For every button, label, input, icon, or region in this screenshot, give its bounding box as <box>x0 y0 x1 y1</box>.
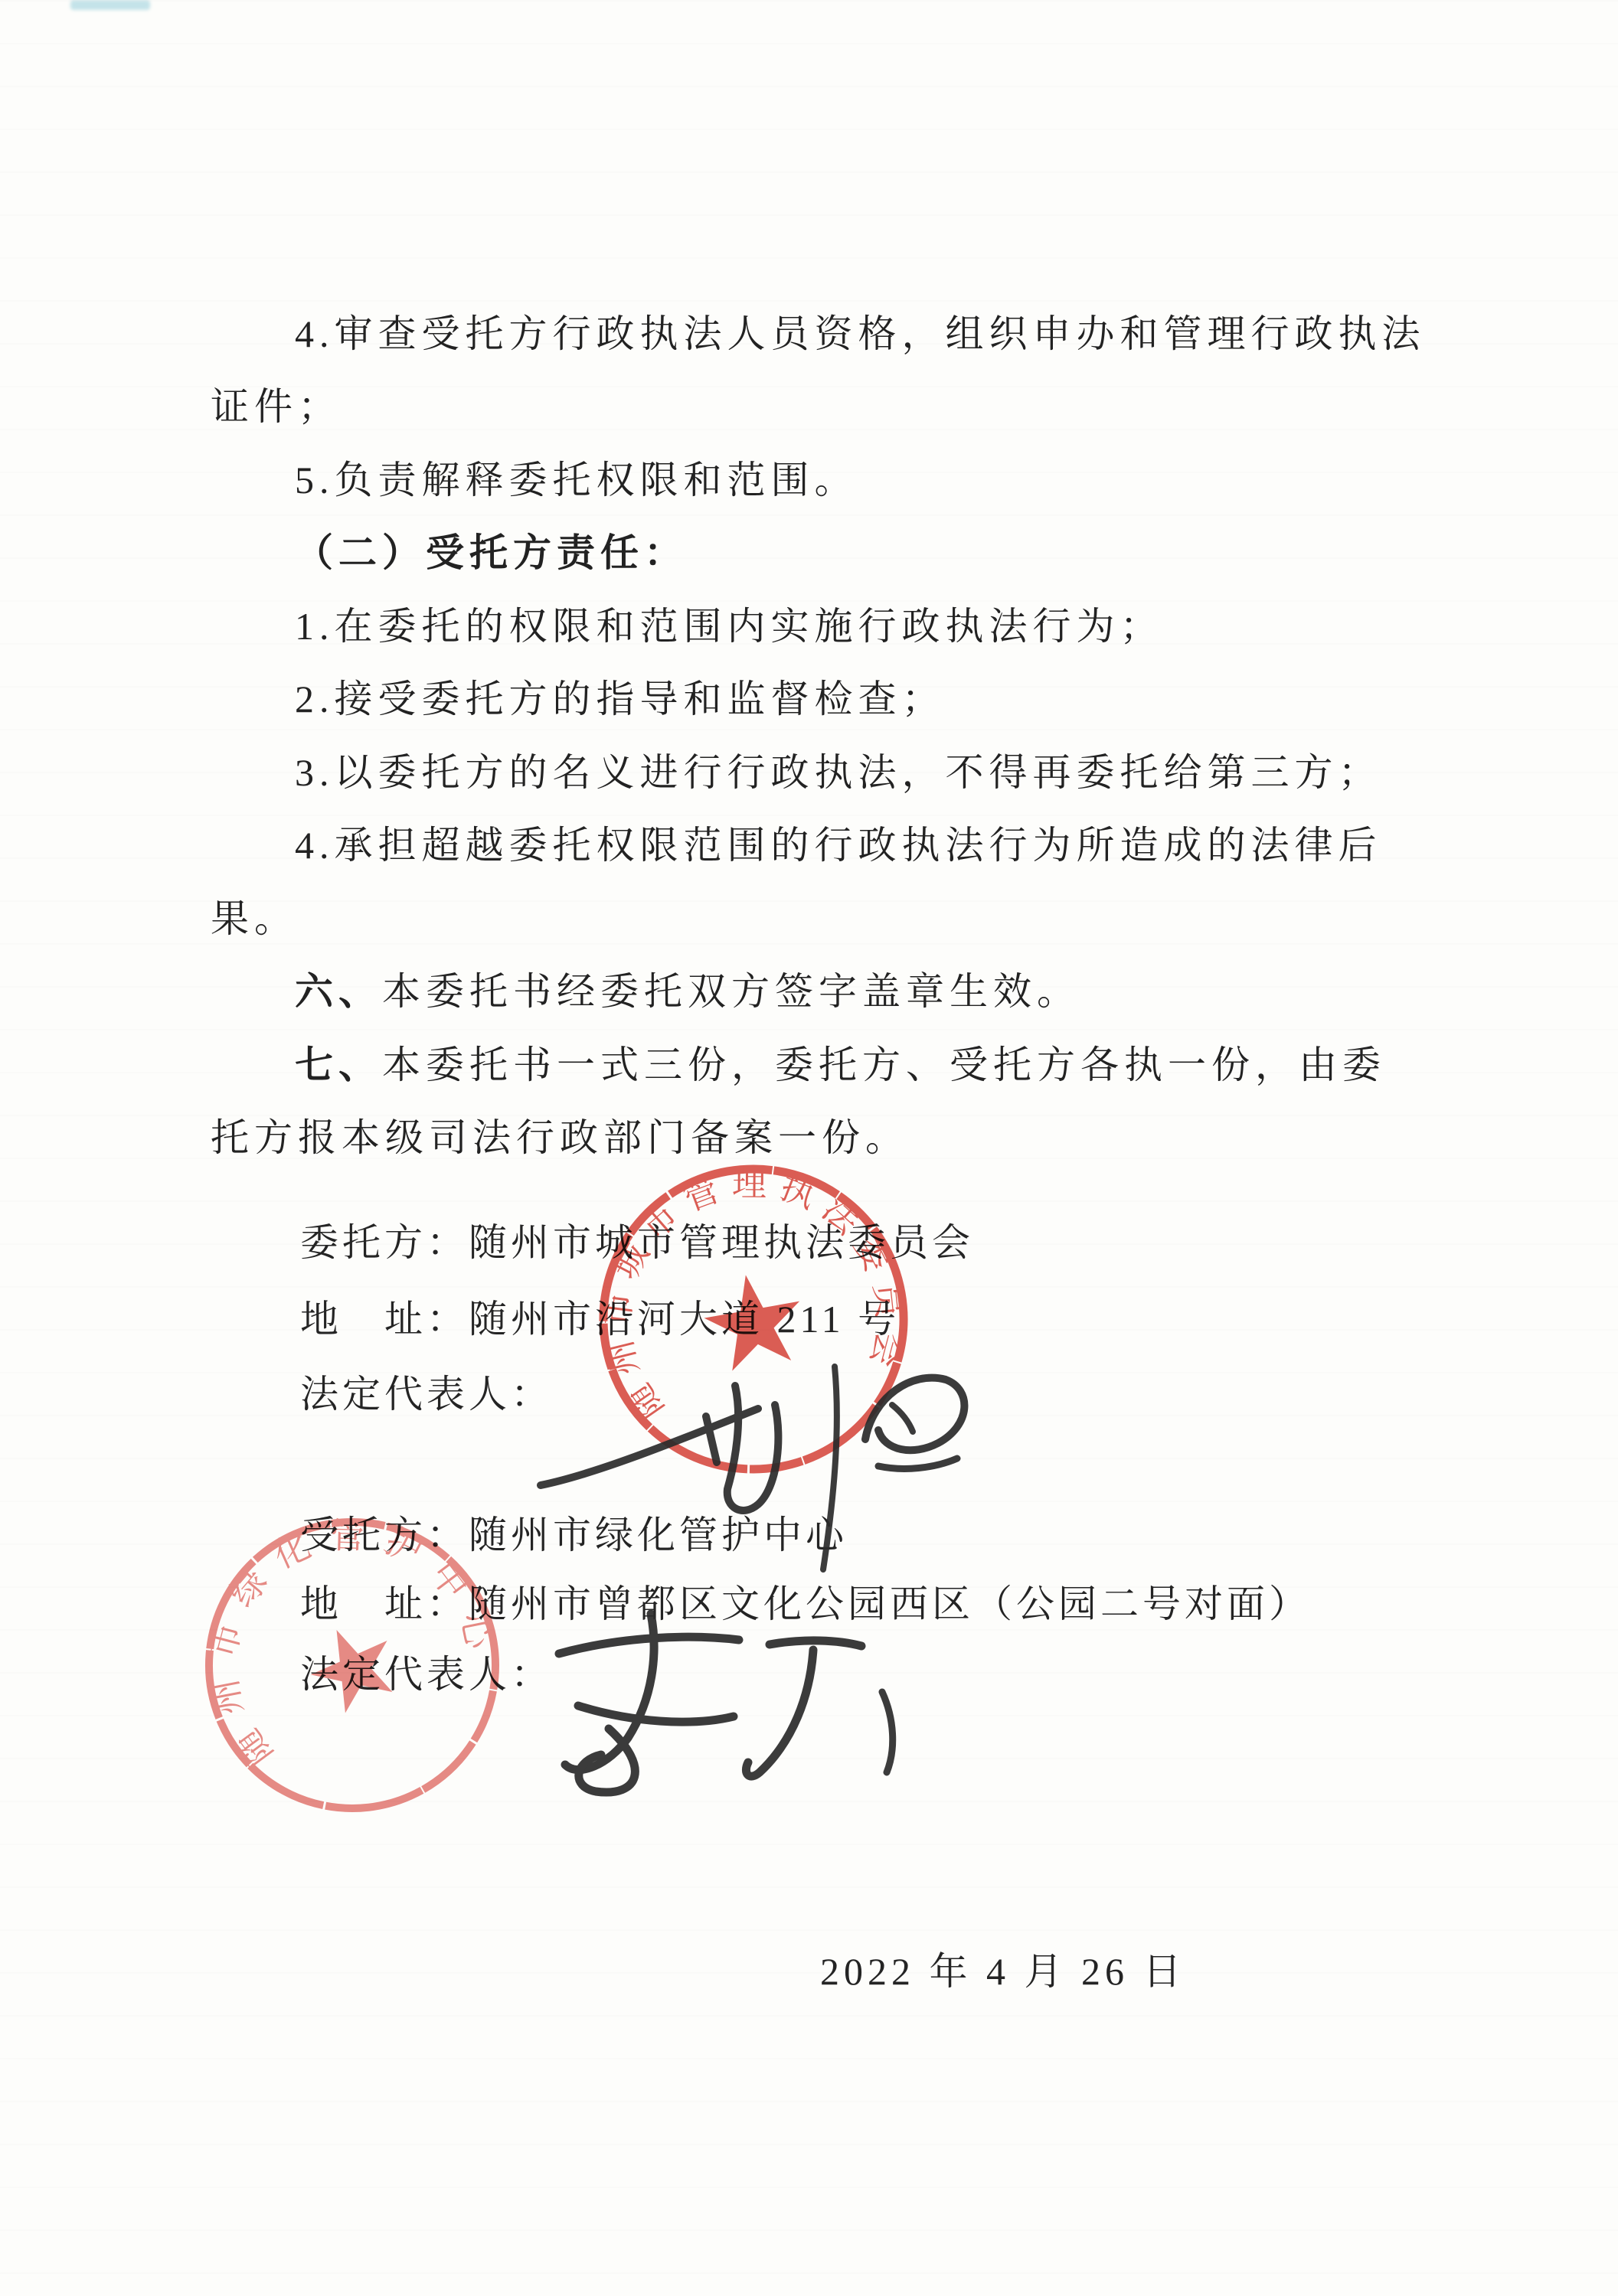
seal-rim-text: 随州市绿化管护中心 <box>199 1512 505 1778</box>
body-line: 证件； <box>211 383 342 430</box>
body-line: 托方报本级司法行政部门备案一份。 <box>211 1114 909 1161</box>
body-line: 果。 <box>211 895 298 942</box>
clause-text: 本委托书经委托双方签字盖章生效。 <box>382 970 1080 1013</box>
document-date: 2022 年 4 月 26 日 <box>820 1941 1186 1996</box>
clause-number: 七、 <box>295 1043 382 1086</box>
body-line-clause-six: 六、本委托书经委托双方签字盖章生效。 <box>295 968 1080 1015</box>
body-line-section-heading: （二）受托方责任： <box>295 529 688 576</box>
scan-artifact <box>70 0 150 10</box>
body-line: 5.负责解释委托权限和范围。 <box>295 456 858 504</box>
body-line: 3.以委托方的名义进行行政执法，不得再委托给第三方； <box>295 749 1382 796</box>
entrusted-party-seal-stamp: 随州市绿化管护中心 <box>199 1512 505 1818</box>
clause-text: 本委托书一式三份，委托方、受托方各执一份，由委 <box>382 1043 1386 1086</box>
clause-number: 六、 <box>295 970 382 1013</box>
entrusting-legal-rep-signature <box>505 1332 995 1585</box>
scanned-document-page: 4.审查受托方行政执法人员资格，组织申办和管理行政执法 证件； 5.负责解释委托… <box>0 0 1618 2296</box>
body-line: 2.接受委托方的指导和监督检查； <box>295 675 946 723</box>
body-line: 4.审查受托方行政执法人员资格，组织申办和管理行政执法 <box>295 310 1426 358</box>
body-line: 1.在委托的权限和范围内实施行政执法行为； <box>295 603 1164 650</box>
entrusted-legal-rep-signature <box>536 1608 934 1807</box>
body-line-clause-seven: 七、本委托书一式三份，委托方、受托方各执一份，由委 <box>295 1041 1386 1089</box>
body-line: 4.承担超越委托权限范围的行政执法行为所造成的法律后 <box>295 821 1382 869</box>
seal-star-icon <box>299 1613 407 1720</box>
